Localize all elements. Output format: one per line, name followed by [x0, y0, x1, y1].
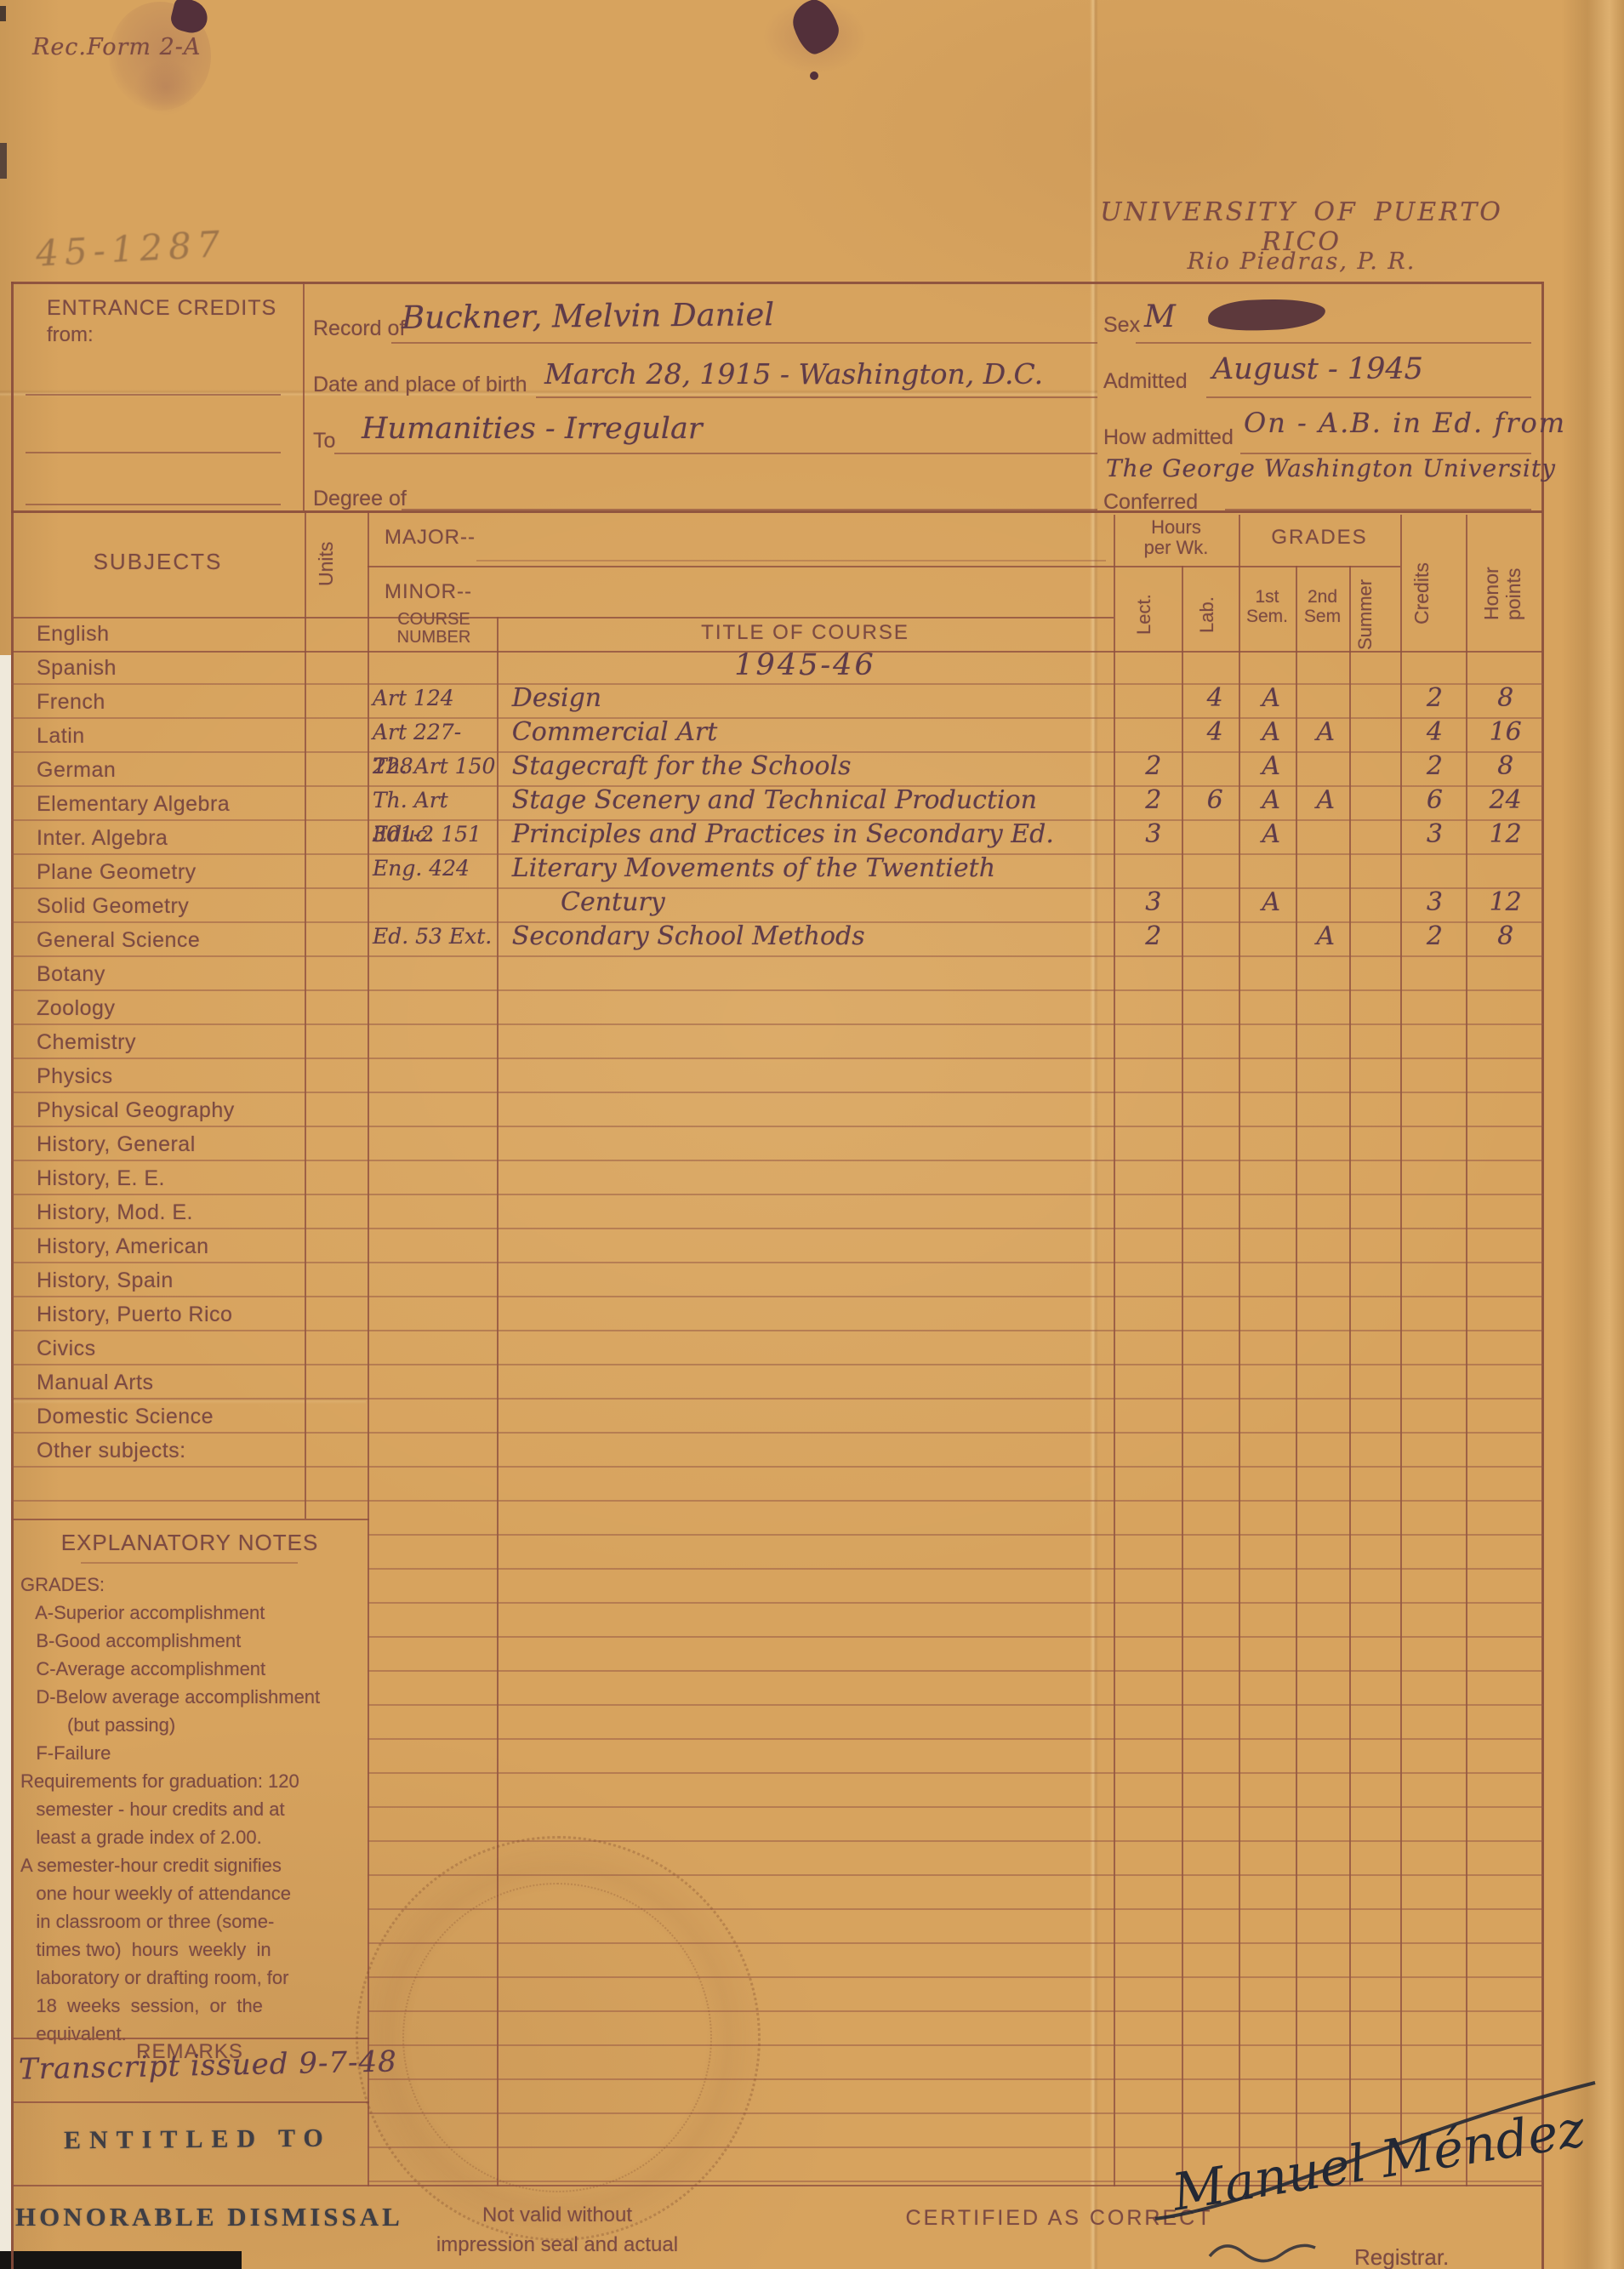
- remarks-box-top: [11, 2038, 369, 2039]
- section-divider: [11, 510, 1542, 513]
- honor-points-cell: 12: [1467, 886, 1544, 920]
- admitted-line: [1206, 396, 1531, 398]
- credits-cell: 4: [1402, 715, 1467, 750]
- lect-hours-cell: 2: [1120, 750, 1187, 784]
- grade-summer-cell: [1352, 886, 1402, 920]
- record-line: [391, 342, 1097, 344]
- remarks-note: Transcript issued 9-7-48: [19, 2044, 398, 2086]
- lect-hours-cell: [1120, 681, 1187, 715]
- student-name-value: Buckner, Melvin Daniel: [402, 296, 774, 336]
- file-number: 45-1287: [35, 223, 227, 275]
- subject-row: Botany: [11, 957, 305, 991]
- note-line: D-Below average accomplishment: [20, 1683, 364, 1711]
- major-label: MAJOR--: [385, 526, 476, 550]
- to-line: [334, 453, 1097, 454]
- sex-line: [1136, 342, 1531, 344]
- subject-row: History, Spain: [11, 1263, 305, 1297]
- subject-row: General Science: [11, 923, 305, 957]
- course-title-cell: Design: [500, 681, 1120, 715]
- notes-title: EXPLANATORY NOTES: [11, 1530, 368, 1556]
- credits-cell: 6: [1402, 784, 1467, 818]
- notes-box-top: [11, 1519, 369, 1520]
- course-number-cell: Ed. 53 Ext.: [368, 920, 500, 954]
- notes-title-underline: [81, 1562, 298, 1564]
- subject-row: Plane Geometry: [11, 855, 305, 889]
- honor-points-cell: 8: [1467, 681, 1544, 715]
- subject-row: History, Puerto Rico: [11, 1297, 305, 1331]
- how-admitted-value: On - A.B. in Ed. from: [1244, 407, 1566, 439]
- grade-sem1-cell: [1243, 920, 1299, 954]
- subject-row: History, American: [11, 1229, 305, 1263]
- school-year-label: 1945-46: [497, 648, 1114, 682]
- course-number-cell: [368, 886, 500, 920]
- sex-value: M: [1144, 299, 1176, 334]
- grade-sem1-cell: A: [1243, 681, 1299, 715]
- registrar-label: Registrar.: [1354, 2244, 1449, 2269]
- note-line: one hour weekly of attendance: [20, 1879, 364, 1907]
- entrance-divider: [303, 282, 305, 510]
- record-of-label: Record of: [313, 316, 405, 341]
- note-line: in classroom or three (some-: [20, 1907, 364, 1935]
- grade-sem2-cell: [1299, 886, 1352, 920]
- note-line: F-Failure: [20, 1739, 364, 1767]
- lect-hours-cell: [1120, 852, 1187, 886]
- note-line: times two) hours weekly in: [20, 1935, 364, 1964]
- course-title-cell: Stagecraft for the Schools: [500, 750, 1120, 784]
- ink-stain-tail: [134, 60, 197, 116]
- note-line: B-Good accomplishment: [20, 1627, 364, 1655]
- not-valid-text-line1: Not valid without: [357, 2203, 757, 2227]
- course-number-cell: Art 227-228: [368, 715, 500, 750]
- subject-row: History, General: [11, 1127, 305, 1161]
- how-admitted-label: How admitted: [1103, 425, 1234, 450]
- signature-scribble: [1210, 2245, 1315, 2260]
- course-number-cell: Art 124: [368, 681, 500, 715]
- credits-cell: 2: [1402, 681, 1467, 715]
- entrance-blank-line: [26, 504, 281, 505]
- note-line: GRADES:: [20, 1571, 364, 1599]
- credits-cell: 3: [1402, 886, 1467, 920]
- sex-ink-blot: [1207, 298, 1325, 333]
- conferred-label: Conferred: [1103, 490, 1198, 515]
- course-row: Th. Art 150 Stagecraft for the Schools 2…: [368, 753, 1544, 787]
- box-border-top: [11, 282, 1542, 284]
- grade-sem1-cell: A: [1243, 818, 1299, 852]
- grade-summer-cell: [1352, 681, 1402, 715]
- degree-label: Degree of: [313, 487, 407, 511]
- subject-row: Physical Geography: [11, 1093, 305, 1127]
- grade-summer-cell: [1352, 818, 1402, 852]
- credits-cell: [1402, 852, 1467, 886]
- subject-row: History, Mod. E.: [11, 1195, 305, 1229]
- honor-points-cell: 16: [1467, 715, 1544, 750]
- subject-row: Other subjects:: [11, 1434, 305, 1468]
- honor-points-cell: 12: [1467, 818, 1544, 852]
- sem2-header: 2nd Sem: [1296, 587, 1349, 626]
- course-row: Century 3 A 3 12: [368, 889, 1544, 923]
- course-number-header: COURSE NUMBER: [374, 611, 493, 647]
- grade-sem1-cell: A: [1243, 715, 1299, 750]
- course-number-cell: Educ. 151: [368, 818, 500, 852]
- entrance-blank-line: [26, 452, 281, 453]
- subject-row: Chemistry: [11, 1025, 305, 1059]
- course-row: Th. Art 301-2 Stage Scenery and Technica…: [368, 787, 1544, 821]
- scan-mark-left: [0, 143, 7, 179]
- course-row: Ed. 53 Ext. Secondary School Methods 2 A…: [368, 923, 1544, 957]
- scan-mark-top-left: [0, 6, 6, 21]
- entitled-to-stamp: ENTITLED TO: [64, 2124, 332, 2156]
- honor-points-cell: 8: [1467, 920, 1544, 954]
- note-line: C-Average accomplishment: [20, 1655, 364, 1683]
- grade-sem2-cell: [1299, 750, 1352, 784]
- course-title-cell: Stage Scenery and Technical Production: [500, 784, 1120, 818]
- course-rows: Art 124 Design 4 A 2 8 Art 227-228 Comme…: [368, 685, 1544, 957]
- lab-header: Lab.: [1198, 579, 1217, 651]
- subject-row: French: [11, 685, 305, 719]
- subject-row: Spanish: [11, 651, 305, 685]
- lect-hours-cell: 3: [1120, 886, 1187, 920]
- course-number-cell: Th. Art 301-2: [368, 784, 500, 818]
- lab-hours-cell: 6: [1187, 784, 1243, 818]
- course-title-cell: Century: [500, 886, 1120, 920]
- how-admitted-value-line2: The George Washington University: [1106, 454, 1556, 482]
- note-line: laboratory or drafting room, for: [20, 1964, 364, 1992]
- degree-line: [402, 509, 1097, 510]
- honorable-dismissal-stamp: HONORABLE DISMISSAL: [15, 2202, 403, 2232]
- minor-label: MINOR--: [385, 580, 472, 604]
- credits-cell: 2: [1402, 750, 1467, 784]
- lab-hours-cell: [1187, 886, 1243, 920]
- grades-header: GRADES: [1239, 526, 1400, 550]
- grade-sem1-cell: [1243, 852, 1299, 886]
- grade-sem1-cell: A: [1243, 750, 1299, 784]
- lect-hours-cell: 3: [1120, 818, 1187, 852]
- honor-points-cell: [1467, 852, 1544, 886]
- lab-hours-cell: [1187, 750, 1243, 784]
- grade-sem2-cell: A: [1299, 784, 1352, 818]
- credits-header: Credits: [1412, 544, 1431, 642]
- entrance-from-label: from:: [47, 323, 94, 347]
- admitted-label: Admitted: [1103, 369, 1188, 394]
- remarks-box-bottom: [11, 2101, 369, 2103]
- honor-points-cell: 8: [1467, 750, 1544, 784]
- course-title-cell: Principles and Practices in Secondary Ed…: [500, 818, 1120, 852]
- admitted-value: August - 1945: [1212, 352, 1423, 386]
- grade-sem2-cell: A: [1299, 715, 1352, 750]
- note-line: least a grade index of 2.00.: [20, 1823, 364, 1851]
- subject-row: Elementary Algebra: [11, 787, 305, 821]
- course-row: Art 227-228 Commercial Art 4 A A 4 16: [368, 719, 1544, 753]
- credits-cell: 3: [1402, 818, 1467, 852]
- grade-sem1-cell: A: [1243, 784, 1299, 818]
- lab-hours-cell: 4: [1187, 715, 1243, 750]
- lect-hours-cell: [1120, 715, 1187, 750]
- subject-row: English: [11, 617, 305, 651]
- subject-row: Latin: [11, 719, 305, 753]
- note-line: A semester-hour credit signifies: [20, 1851, 364, 1879]
- notes-lines: GRADES: A-Superior accomplishment B-Good…: [20, 1571, 364, 2048]
- entrance-blank-line: [26, 394, 281, 396]
- course-number-cell: Eng. 424: [368, 852, 500, 886]
- course-title-cell: Secondary School Methods: [500, 920, 1120, 954]
- subject-row: Civics: [11, 1331, 305, 1365]
- course-row: Educ. 151 Principles and Practices in Se…: [368, 821, 1544, 855]
- note-line: Requirements for graduation: 120: [20, 1767, 364, 1795]
- subject-row: Zoology: [11, 991, 305, 1025]
- note-line: 18 weeks session, or the: [20, 1992, 364, 2020]
- subjects-header: SUBJECTS: [11, 549, 305, 575]
- birth-line: [536, 396, 1097, 398]
- course-row: Eng. 424 Literary Movements of the Twent…: [368, 855, 1544, 889]
- grade-summer-cell: [1352, 920, 1402, 954]
- course-title-cell: Literary Movements of the Twentieth: [500, 852, 1120, 886]
- sex-label: Sex: [1103, 313, 1140, 338]
- embossed-seal-inner-ring: [402, 1883, 712, 2192]
- grade-sem2-cell: [1299, 818, 1352, 852]
- grade-sem1-cell: A: [1243, 886, 1299, 920]
- major-line: [476, 560, 1106, 562]
- course-number-cell: Th. Art 150: [368, 750, 500, 784]
- credits-cell: 2: [1402, 920, 1467, 954]
- honor-points-header: Honor points: [1480, 543, 1524, 645]
- scan-edge-bottom: [0, 2251, 242, 2269]
- lab-hours-cell: 4: [1187, 681, 1243, 715]
- lect-header: Lect.: [1135, 579, 1154, 651]
- grade-summer-cell: [1352, 750, 1402, 784]
- subject-row: Domestic Science: [11, 1400, 305, 1434]
- header-sub-divider: [368, 566, 1400, 567]
- ink-dot: [810, 71, 818, 80]
- lect-hours-cell: 2: [1120, 784, 1187, 818]
- entrance-title: ENTRANCE CREDITS: [47, 296, 276, 321]
- to-label: To: [313, 429, 335, 453]
- subject-row: History, E. E.: [11, 1161, 305, 1195]
- location-subtitle: Rio Piedras, P. R.: [1131, 248, 1472, 275]
- honor-points-cell: 24: [1467, 784, 1544, 818]
- note-line: semester - hour credits and at: [20, 1795, 364, 1823]
- units-header: Units: [316, 526, 335, 602]
- subjects-list: EnglishSpanishFrenchLatinGermanElementar…: [11, 617, 305, 1468]
- subject-row: German: [11, 753, 305, 787]
- sem1-header: 1st Sem.: [1239, 587, 1296, 626]
- signature-name: Manuel Méndez: [1167, 2099, 1589, 2223]
- note-line: A-Superior accomplishment: [20, 1599, 364, 1627]
- note-line: (but passing): [20, 1711, 364, 1739]
- to-value: Humanities - Irregular: [362, 412, 703, 446]
- grade-summer-cell: [1352, 852, 1402, 886]
- birth-value: March 28, 1915 - Washington, D.C.: [544, 357, 1043, 391]
- lab-hours-cell: [1187, 818, 1243, 852]
- grade-sem2-cell: [1299, 681, 1352, 715]
- title-of-course-header: TITLE OF COURSE: [497, 621, 1114, 645]
- hours-per-week-header: Hours per Wk.: [1114, 517, 1239, 558]
- subject-row: Solid Geometry: [11, 889, 305, 923]
- not-valid-text-line2: impression seal and actual: [357, 2233, 757, 2257]
- registrar-signature: Manuel Méndez: [1131, 2067, 1608, 2269]
- form-number-stamp: Rec.Form 2-A: [32, 34, 201, 60]
- course-title-cell: Commercial Art: [500, 715, 1120, 750]
- grade-summer-cell: [1352, 784, 1402, 818]
- course-row: Art 124 Design 4 A 2 8: [368, 685, 1544, 719]
- grade-sem2-cell: A: [1299, 920, 1352, 954]
- subject-row: Manual Arts: [11, 1365, 305, 1400]
- lab-hours-cell: [1187, 920, 1243, 954]
- subject-row: Physics: [11, 1059, 305, 1093]
- lab-hours-cell: [1187, 852, 1243, 886]
- scan-edge-left: [0, 655, 11, 2269]
- grade-sem2-cell: [1299, 852, 1352, 886]
- summer-header: Summer: [1356, 572, 1375, 657]
- transcript-page: Rec.Form 2-A UNIVERSITY OF PUERTO RICO R…: [0, 0, 1624, 2269]
- lect-hours-cell: 2: [1120, 920, 1187, 954]
- conferred-line: [1225, 509, 1531, 510]
- grade-summer-cell: [1352, 715, 1402, 750]
- subject-row: Inter. Algebra: [11, 821, 305, 855]
- birth-label: Date and place of birth: [313, 373, 527, 397]
